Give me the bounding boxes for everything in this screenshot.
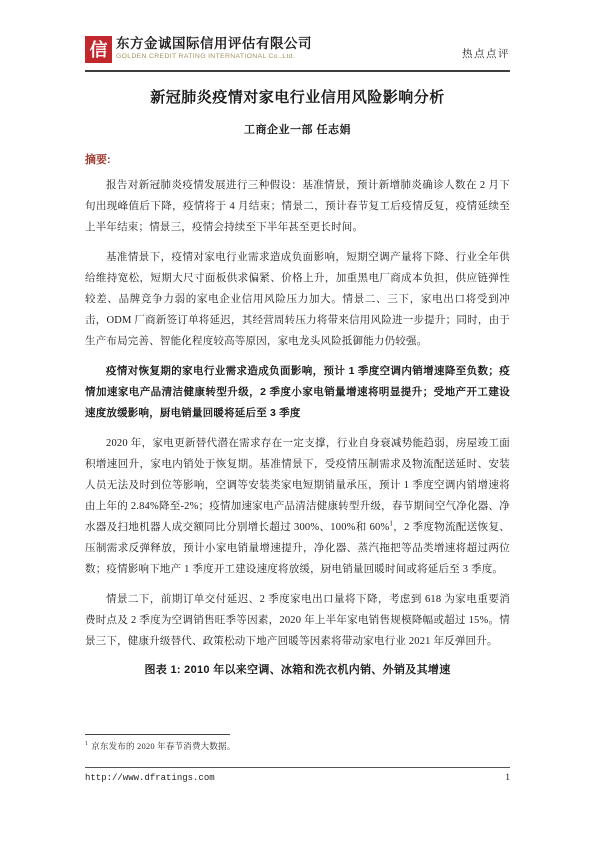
paragraph-scenarios: 报告对新冠肺炎疫情发展进行三种假设：基准情景，预计新增肺炎确诊人数在 2 月下旬… <box>85 175 510 238</box>
footnote-divider <box>85 734 230 735</box>
paragraph-2020-outlook: 2020 年，家电更新替代潜在需求存在一定支撑，行业自身衰减势能趋弱，房屋竣工面… <box>85 433 510 580</box>
figure-1-caption: 图表 1: 2010 年以来空调、冰箱和洗衣机内销、外销及其增速 <box>85 661 510 677</box>
paragraph-highlight-summary: 疫情对恢复期的家电行业需求造成负面影响，预计 1 季度空调内销增速降至负数；疫情… <box>85 361 510 424</box>
page-footer: http://www.dfratings.com 1 <box>85 767 510 783</box>
abstract-label: 摘要: <box>85 151 510 167</box>
footnote-text: 1京东发布的 2020 年春节消费大数据。 <box>85 740 510 752</box>
article-body: 新冠肺炎疫情对家电行业信用风险影响分析 工商企业一部 任志娟 摘要: 报告对新冠… <box>85 86 510 677</box>
footnote-block: 1京东发布的 2020 年春节消费大数据。 <box>85 734 510 752</box>
page-number: 1 <box>505 773 510 783</box>
doc-category-label: 热点点评 <box>462 46 510 63</box>
article-author: 工商企业一部 任志娟 <box>85 121 510 137</box>
page-header: 信 东方金诚国际信用评估有限公司 GOLDEN CREDIT RATING IN… <box>85 36 510 72</box>
footnote-content: 京东发布的 2020 年春节消费大数据。 <box>91 741 235 751</box>
paragraph-scenario2-3: 情景二下，前期订单交付延迟、2 季度家电出口量将下降，考虑到 618 为家电重要… <box>85 589 510 652</box>
footer-website-link[interactable]: http://www.dfratings.com <box>85 773 215 783</box>
footnote-marker: 1 <box>85 741 88 747</box>
header-divider <box>85 70 510 72</box>
paragraph-2020-text-before-ref: 2020 年，家电更新替代潜在需求存在一定支撑，行业自身衰减势能趋弱，房屋竣工面… <box>85 438 510 533</box>
paragraph-baseline-impact: 基准情景下，疫情对家电行业需求造成负面影响，短期空调产量将下降、行业全年供给维持… <box>85 247 510 352</box>
company-name-en: GOLDEN CREDIT RATING INTERNATIONAL Co.,L… <box>116 53 312 61</box>
company-brand: 信 东方金诚国际信用评估有限公司 GOLDEN CREDIT RATING IN… <box>85 36 312 63</box>
company-logo-icon: 信 <box>85 36 112 63</box>
article-title: 新冠肺炎疫情对家电行业信用风险影响分析 <box>85 86 510 107</box>
company-name-cn: 东方金诚国际信用评估有限公司 <box>116 36 312 53</box>
report-page: 信 东方金诚国际信用评估有限公司 GOLDEN CREDIT RATING IN… <box>0 0 595 842</box>
